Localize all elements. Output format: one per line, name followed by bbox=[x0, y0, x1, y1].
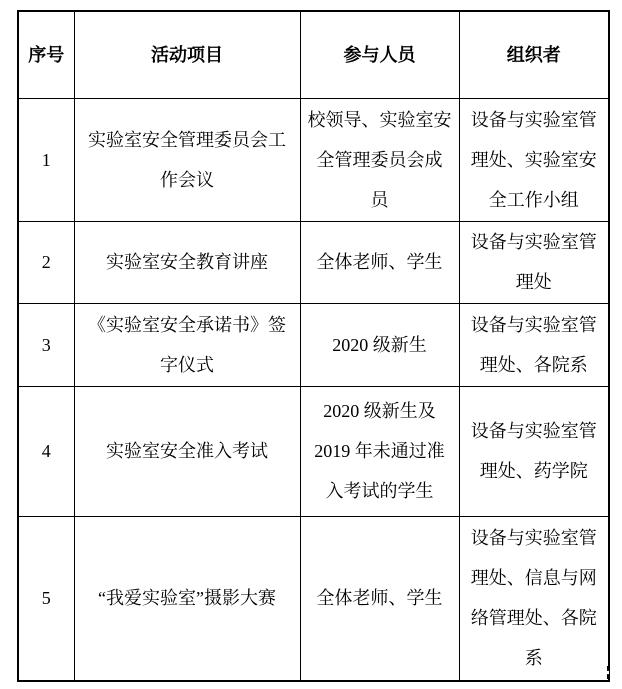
cell-organizer: 设备与实验室管 理处、信息与网 络管理处、各院 系 bbox=[459, 516, 609, 681]
header-activity: 活动项目 bbox=[74, 11, 300, 98]
cell-activity: 《实验室安全承诺书》签 字仪式 bbox=[74, 303, 300, 386]
header-participants: 参与人员 bbox=[300, 11, 459, 98]
cell-participants: 全体老师、学生 bbox=[300, 516, 459, 681]
table-row: 2 实验室安全教育讲座 全体老师、学生 设备与实验室管 理处 bbox=[18, 221, 609, 303]
document-page: { "page": { "background": "#ffffff", "bo… bbox=[0, 0, 622, 689]
cell-index: 3 bbox=[18, 303, 74, 386]
cell-index: 2 bbox=[18, 221, 74, 303]
cell-organizer: 设备与实验室管 理处、实验室安 全工作小组 bbox=[459, 98, 609, 221]
cell-index: 4 bbox=[18, 386, 74, 516]
cell-index: 5 bbox=[18, 516, 74, 681]
cell-participants: 2020 级新生及 2019 年未通过准 入考试的学生 bbox=[300, 386, 459, 516]
cell-activity: 实验室安全教育讲座 bbox=[74, 221, 300, 303]
cell-participants: 校领导、实验室安 全管理委员会成 员 bbox=[300, 98, 459, 221]
cell-organizer: 设备与实验室管 理处、各院系 bbox=[459, 303, 609, 386]
table-corner-dash-artifact bbox=[601, 666, 609, 679]
table-header-row: 序号 活动项目 参与人员 组织者 bbox=[18, 11, 609, 98]
cell-activity: 实验室安全管理委员会工 作会议 bbox=[74, 98, 300, 221]
cell-activity: “我爱实验室”摄影大赛 bbox=[74, 516, 300, 681]
cell-participants: 2020 级新生 bbox=[300, 303, 459, 386]
cell-index: 1 bbox=[18, 98, 74, 221]
header-organizer: 组织者 bbox=[459, 11, 609, 98]
activities-table: 序号 活动项目 参与人员 组织者 1 实验室安全管理委员会工 作会议 校领导、实… bbox=[17, 10, 610, 682]
cell-participants: 全体老师、学生 bbox=[300, 221, 459, 303]
cell-organizer: 设备与实验室管 理处 bbox=[459, 221, 609, 303]
table-row: 1 实验室安全管理委员会工 作会议 校领导、实验室安 全管理委员会成 员 设备与… bbox=[18, 98, 609, 221]
table-row: 4 实验室安全准入考试 2020 级新生及 2019 年未通过准 入考试的学生 … bbox=[18, 386, 609, 516]
cell-organizer: 设备与实验室管 理处、药学院 bbox=[459, 386, 609, 516]
cell-activity: 实验室安全准入考试 bbox=[74, 386, 300, 516]
header-index: 序号 bbox=[18, 11, 74, 98]
table-row: 5 “我爱实验室”摄影大赛 全体老师、学生 设备与实验室管 理处、信息与网 络管… bbox=[18, 516, 609, 681]
table-row: 3 《实验室安全承诺书》签 字仪式 2020 级新生 设备与实验室管 理处、各院… bbox=[18, 303, 609, 386]
